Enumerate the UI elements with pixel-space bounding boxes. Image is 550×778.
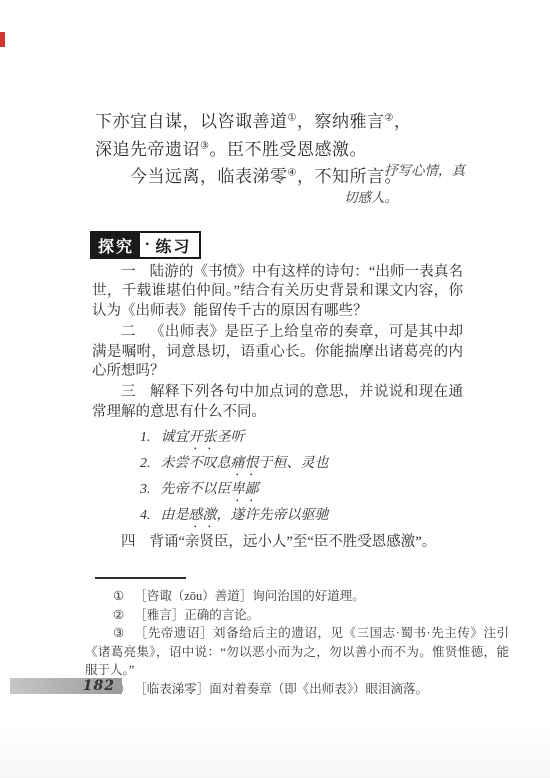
question-text: 解释下列各句中加点词的意思，并说说和现在通常理解的意思有什么不同。	[92, 384, 463, 419]
footnote-number: ①	[113, 589, 124, 603]
footnote-number: ③	[113, 626, 125, 640]
body-text: ，察纳雅言	[297, 112, 385, 131]
footnote-text: ［雅言］正确的言论。	[134, 608, 259, 622]
item-text: 未尝不叹息	[161, 456, 231, 471]
body-text: 今当远离，临表涕零	[130, 167, 288, 186]
section-header-rest: ·练习	[140, 233, 199, 257]
item-text: 由是	[161, 508, 189, 523]
item-text: 先帝不以臣	[161, 482, 231, 497]
footnote-text: ［临表涕零］面对着奏章（即《出师表》）眼泪滴落。	[134, 682, 428, 696]
item-number: 3.	[140, 482, 151, 497]
body-text: ，	[394, 112, 412, 131]
emphasized-word: 卑鄙	[231, 482, 259, 497]
footnote-separator	[95, 577, 186, 579]
item-number: 4.	[140, 508, 151, 523]
question-text: 背诵“亲贤臣，远小人”至“臣不胜受恩感激”。	[150, 534, 437, 550]
section-header-label: 练习	[155, 234, 191, 257]
margin-note-line: 切感人。	[344, 184, 470, 211]
exercise-item-4: 4.由是感激，遂许先帝以驱驰	[140, 505, 463, 531]
question-4: 四背诵“亲贤臣，远小人”至“臣不胜受恩感激”。	[92, 533, 463, 552]
emphasized-word: 感激	[189, 508, 217, 523]
footnote-text: ［先帝遗诏］刘备给后主的遗诏，见《三国志·蜀书·先主传》注引《诸葛亮集》，诏中说…	[85, 626, 509, 677]
item-text: ，遂许先帝以驱驰	[217, 508, 329, 523]
page-edge-mark	[0, 32, 5, 47]
question-number: 三	[121, 384, 136, 400]
textbook-page: 下亦宜自谋，以咨诹善道①，察纳雅言②， 深追先帝遗诏③。臣不胜受恩感激。 今当远…	[0, 0, 550, 778]
question-text: 《出师表》是臣子上给皇帝的奏章，可是其中却满是嘱咐，词意恳切，语重心长。你能揣摩…	[92, 324, 463, 379]
body-line-1: 下亦宜自谋，以咨诹善道①，察纳雅言②，	[95, 108, 473, 136]
question-3: 三解释下列各句中加点词的意思，并说说和现在通常理解的意思有什么不同。	[92, 383, 463, 422]
body-text: 下亦宜自谋，以咨诹善道	[95, 112, 288, 131]
exercise-item-2: 2.未尝不叹息痛恨于桓、灵也	[140, 453, 463, 479]
item-number: 1.	[140, 430, 151, 445]
emphasized-word: 开张	[189, 430, 217, 445]
margin-note-line: 抒写心情，真	[344, 157, 470, 184]
question-text: 陆游的《书愤》中有这样的诗句：“出师一表真名世，千载谁堪伯仲间。”结合有关历史背…	[92, 264, 463, 319]
section-header-highlight: 探究	[92, 233, 140, 257]
section-header-box: 探究 ·练习	[90, 231, 201, 259]
footnotes-block: ①［咨诹（zōu）善道］询问治国的好道理。 ②［雅言］正确的言论。 ③［先帝遗诏…	[85, 587, 509, 699]
exercise-item-list: 1.诚宜开张圣听 2.未尝不叹息痛恨于桓、灵也 3.先帝不以臣卑鄙 4.由是感激…	[92, 427, 463, 531]
footnote-1: ①［咨诹（zōu）善道］询问治国的好道理。	[85, 587, 509, 606]
exercise-item-1: 1.诚宜开张圣听	[140, 427, 463, 453]
question-number: 一	[121, 264, 136, 280]
footnote-text: ［咨诹（zōu）善道］询问治国的好道理。	[134, 589, 365, 603]
question-2: 二《出师表》是臣子上给皇帝的奏章，可是其中却满是嘱咐，词意恳切，语重心长。你能揣…	[92, 323, 463, 381]
footnote-number: ②	[113, 608, 124, 622]
body-text: 深追先帝遗诏	[95, 140, 200, 159]
item-text: 圣听	[217, 430, 245, 445]
question-1: 一陆游的《书愤》中有这样的诗句：“出师一表真名世，千载谁堪伯仲间。”结合有关历史…	[92, 263, 463, 321]
scan-shading	[0, 718, 550, 778]
question-number: 二	[121, 324, 136, 340]
margin-note: 抒写心情，真 切感人。	[344, 157, 470, 211]
footnote-2: ②［雅言］正确的言论。	[85, 606, 509, 625]
separator-dot: ·	[145, 236, 152, 254]
item-number: 2.	[140, 456, 151, 471]
page-number: 182	[83, 678, 115, 694]
item-text: 诚宜	[161, 430, 189, 445]
footnote-ref-4: ④	[288, 167, 297, 178]
exercise-item-3: 3.先帝不以臣卑鄙	[140, 479, 463, 505]
emphasized-word: 痛恨	[231, 456, 259, 471]
page-number-bar: 182	[10, 678, 122, 694]
item-text: 于桓、灵也	[259, 456, 329, 471]
question-number: 四	[121, 534, 136, 550]
footnote-ref-2: ②	[384, 112, 393, 123]
footnote-3: ③［先帝遗诏］刘备给后主的遗诏，见《三国志·蜀书·先主传》注引《诸葛亮集》，诏中…	[85, 624, 509, 680]
questions-block: 一陆游的《书愤》中有这样的诗句：“出师一表真名世，千载谁堪伯仲间。”结合有关历史…	[92, 263, 463, 553]
body-text: 。臣不胜受恩感激。	[209, 140, 367, 159]
footnote-ref-1: ①	[288, 112, 297, 123]
footnote-4: ④［临表涕零］面对着奏章（即《出师表》）眼泪滴落。	[85, 680, 509, 699]
